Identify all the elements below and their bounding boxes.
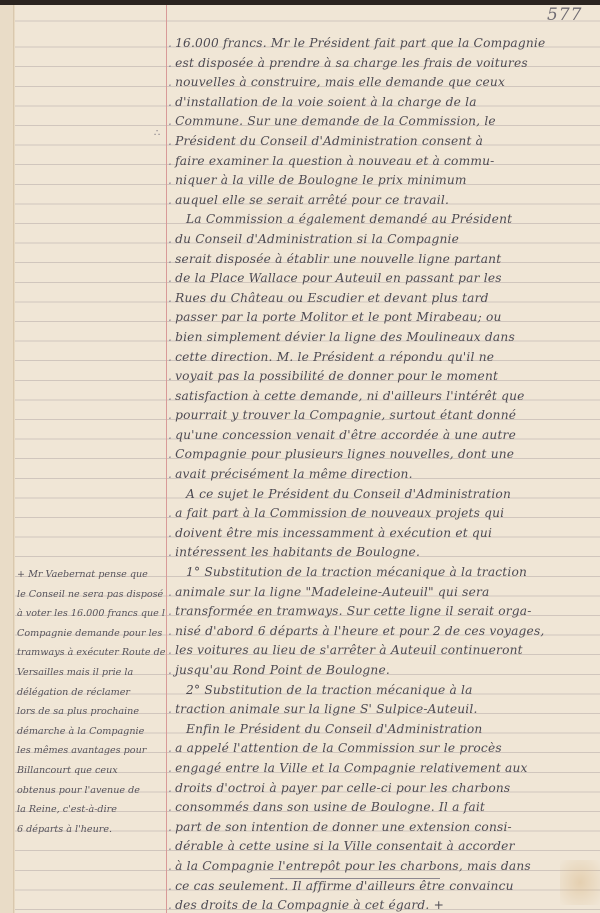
previous-page-edge — [0, 5, 14, 913]
text-line: .est disposée à prendre à sa charge les … — [168, 54, 596, 74]
insertion-mark: ∴ — [154, 128, 160, 139]
margin-line: lors de sa plus prochaine — [17, 702, 165, 722]
text-line: .droits d'octroi à payer par celle-ci po… — [168, 779, 596, 799]
text-line: .d'installation de la voie soient à la c… — [168, 93, 596, 113]
text-line: .consommés dans son usine de Boulogne. I… — [168, 798, 596, 818]
margin-line: les mêmes avantages pour — [17, 741, 165, 761]
text-line: .avait précisément la même direction. — [168, 465, 596, 485]
text-line-paragraph-start: Enfin le Président du Conseil d'Administ… — [168, 720, 596, 740]
margin-line: + Mr Vaebernat pense que — [17, 565, 165, 585]
margin-line: Versailles mais il prie la — [17, 663, 165, 683]
text-line: .doivent être mis incessamment à exécuti… — [168, 524, 596, 544]
text-line: .du Conseil d'Administration si la Compa… — [168, 230, 596, 250]
main-text-body: .16.000 francs. Mr le Président fait par… — [168, 34, 596, 913]
text-line: .faire examiner la question à nouveau et… — [168, 152, 596, 172]
text-line: .Rues du Château ou Escudier et devant p… — [168, 289, 596, 309]
margin-line: Billancourt que ceux — [17, 761, 165, 781]
red-margin-rule — [166, 5, 167, 913]
text-line: .dérable à cette usine si la Ville conse… — [168, 837, 596, 857]
text-line: .Commune. Sur une demande de la Commissi… — [168, 112, 596, 132]
text-line: .transformée en tramways. Sur cette lign… — [168, 602, 596, 622]
text-line: .part de son intention de donner une ext… — [168, 818, 596, 838]
margin-line: à voter les 16.000 francs que la — [17, 604, 165, 624]
text-line-paragraph-start: La Commission a également demandé au Pré… — [168, 210, 596, 230]
text-line: .ce cas seulement. Il affirme d'ailleurs… — [168, 877, 596, 897]
text-line: .a appelé l'attention de la Commission s… — [168, 739, 596, 759]
margin-line: obtenus pour l'avenue de — [17, 781, 165, 801]
margin-line: la Reine, c'est-à-dire — [17, 800, 165, 820]
binding-line — [13, 5, 15, 913]
text-line: .a fait part à la Commission de nouveaux… — [168, 504, 596, 524]
margin-line: le Conseil ne sera pas disposé — [17, 585, 165, 605]
text-line-paragraph-start: 2° Substitution de la traction mécanique… — [168, 681, 596, 701]
text-line: .engagé entre la Ville et la Compagnie r… — [168, 759, 596, 779]
margin-line: démarche à la Compagnie — [17, 722, 165, 742]
text-line: .voyait pas la possibilité de donner pou… — [168, 367, 596, 387]
margin-line: tramways à exécuter Route de — [17, 643, 165, 663]
margin-line: 6 départs à l'heure. — [17, 820, 165, 840]
text-line: .des droits de la Compagnie à cet égard.… — [168, 896, 596, 913]
text-line-paragraph-start: 1° Substitution de la traction mécanique… — [168, 563, 596, 583]
text-line: .Président du Conseil d'Administration c… — [168, 132, 596, 152]
text-line: .niquer à la ville de Boulogne le prix m… — [168, 171, 596, 191]
text-line: .16.000 francs. Mr le Président fait par… — [168, 34, 596, 54]
text-line: .nisé d'abord 6 départs à l'heure et pou… — [168, 622, 596, 642]
margin-annotation: + Mr Vaebernat pense que le Conseil ne s… — [17, 565, 165, 839]
margin-line: délégation de réclamer — [17, 683, 165, 703]
text-line: .intéressent les habitants de Boulogne. — [168, 543, 596, 563]
text-line: .satisfaction à cette demande, ni d'aill… — [168, 387, 596, 407]
text-line: .passer par la porte Molitor et le pont … — [168, 308, 596, 328]
text-line: .serait disposée à établir une nouvelle … — [168, 250, 596, 270]
text-line: .jusqu'au Rond Point de Boulogne. — [168, 661, 596, 681]
text-line: .pourrait y trouver la Compagnie, surtou… — [168, 406, 596, 426]
text-line: .à la Compagnie l'entrepôt pour les char… — [168, 857, 596, 877]
text-line: .auquel elle se serait arrêté pour ce tr… — [168, 191, 596, 211]
text-line: .de la Place Wallace pour Auteuil en pas… — [168, 269, 596, 289]
text-line: .Compagnie pour plusieurs lignes nouvell… — [168, 445, 596, 465]
text-line: .traction animale sur la ligne S' Sulpic… — [168, 700, 596, 720]
text-line: .animale sur la ligne "Madeleine-Auteuil… — [168, 583, 596, 603]
closing-rule — [270, 878, 440, 879]
margin-line: Compagnie demande pour les — [17, 624, 165, 644]
text-line: .les voitures au lieu de s'arrêter à Aut… — [168, 641, 596, 661]
text-line: .bien simplement dévier la ligne des Mou… — [168, 328, 596, 348]
text-line: .qu'une concession venait d'être accordé… — [168, 426, 596, 446]
text-line: .nouvelles à construire, mais elle deman… — [168, 73, 596, 93]
text-line: .cette direction. M. le Président a répo… — [168, 348, 596, 368]
page-number: 577 — [547, 5, 582, 25]
text-line-paragraph-start: A ce sujet le Président du Conseil d'Adm… — [168, 485, 596, 505]
